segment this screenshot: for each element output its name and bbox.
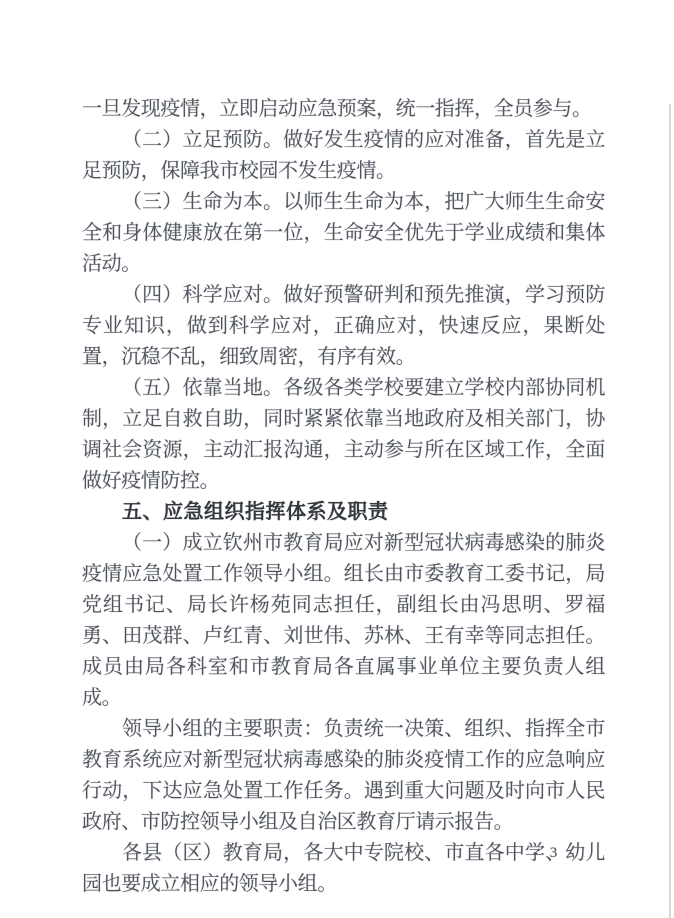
body-paragraph: （三）生命为本。以师生生命为本，把广大师生生命安全和身体健康放在第一位，生命安全…: [82, 187, 605, 280]
scan-edge-artifact: [669, 104, 671, 918]
section-heading: 五、应急组织指挥体系及职责: [82, 497, 605, 528]
scanned-document-page: 一旦发现疫情，立即启动应急预案，统一指挥，全员参与。 （二）立足预防。做好发生疫…: [0, 0, 674, 918]
document-content: 一旦发现疫情，立即启动应急预案，统一指挥，全员参与。 （二）立足预防。做好发生疫…: [82, 94, 605, 900]
body-paragraph: （二）立足预防。做好发生疫情的应对准备，首先是立足预防，保障我市校园不发生疫情。: [82, 125, 605, 187]
body-paragraph: 领导小组的主要职责：负责统一决策、组织、指挥全市教育系统应对新型冠状病毒感染的肺…: [82, 714, 605, 838]
body-paragraph-continuation: 一旦发现疫情，立即启动应急预案，统一指挥，全员参与。: [82, 94, 605, 125]
body-paragraph: （四）科学应对。做好预警研判和预先推演，学习预防专业知识，做到科学应对，正确应对…: [82, 280, 605, 373]
body-paragraph: 各县（区）教育局，各大中专院校、市直各中学、幼儿园也要成立相应的领导小组。: [82, 838, 605, 900]
page-number: - 3 -: [533, 845, 578, 862]
body-paragraph: （五）依靠当地。各级各类学校要建立学校内部协同机制，立足自救自助，同时紧紧依靠当…: [82, 373, 605, 497]
body-paragraph: （一）成立钦州市教育局应对新型冠状病毒感染的肺炎疫情应急处置工作领导小组。组长由…: [82, 528, 605, 714]
